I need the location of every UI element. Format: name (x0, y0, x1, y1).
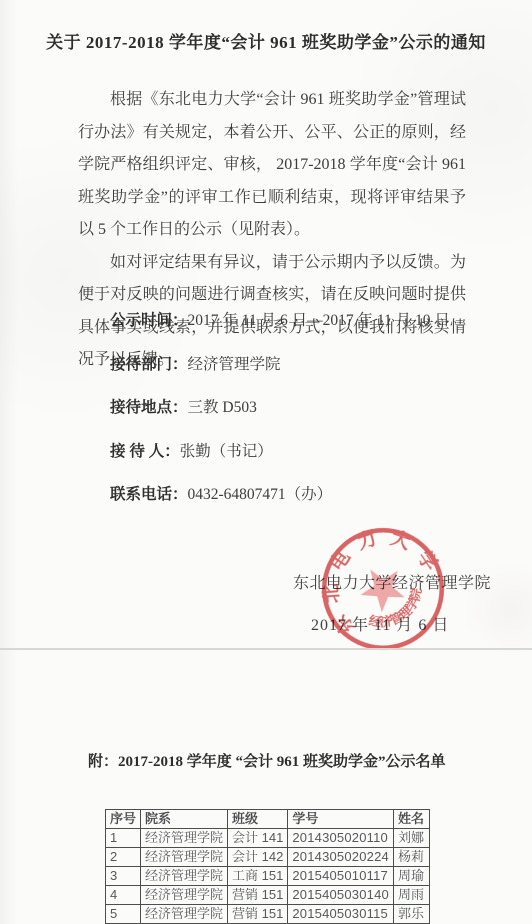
cell-class: 营销 151 (228, 905, 288, 924)
header-department: 院系 (141, 810, 228, 829)
cell-name: 刘娜 (393, 829, 429, 848)
field-label: 接待地点： (110, 399, 188, 416)
field-label: 联系电话： (110, 486, 188, 503)
attachment-title: 附：2017-2018 学年度 “会计 961 班奖助学金”公示名单 (88, 750, 446, 771)
cell-department: 经济管理学院 (141, 848, 228, 867)
cell-department: 经济管理学院 (141, 886, 228, 905)
cell-student-id: 2015405010117 (288, 867, 394, 886)
cell-student-id: 2014305020110 (288, 829, 394, 848)
cell-index: 5 (106, 905, 141, 924)
field-label: 接待部门： (110, 356, 188, 373)
cell-class: 工商 151 (228, 867, 288, 886)
page-separator-line (0, 648, 532, 650)
body-paragraph-1: 根据《东北电力大学“会计 961 班奖助学金”管理试行办法》有关规定，本着公开、… (78, 84, 466, 247)
header-student-id: 学号 (288, 810, 394, 829)
cell-name: 杨莉 (393, 848, 429, 867)
scholarship-roster-table: 序号 院系 班级 学号 姓名 1 经济管理学院 会计 141 201430502… (105, 809, 430, 924)
cell-name: 郭乐 (393, 905, 429, 924)
table-row: 3 经济管理学院 工商 151 2015405010117 周瑜 (106, 867, 430, 886)
field-label: 公示时间： (110, 312, 188, 329)
cell-class: 会计 142 (228, 848, 288, 867)
cell-index: 2 (106, 848, 141, 867)
field-reception-location: 接待地点：三教 D503 (110, 397, 470, 441)
header-index: 序号 (106, 810, 141, 829)
field-value: 三教 D503 (188, 399, 257, 416)
table-header-row: 序号 院系 班级 学号 姓名 (106, 810, 430, 829)
contact-fields: 公示时间：2017 年 11 月 6 日—2017 年 11 月 10 日 接待… (110, 310, 470, 528)
header-class: 班级 (228, 810, 288, 829)
field-reception-department: 接待部门：经济管理学院 (110, 354, 470, 398)
cell-student-id: 2015405030115 (288, 905, 394, 924)
cell-student-id: 2014305020224 (288, 848, 394, 867)
field-value: 2017 年 11 月 6 日—2017 年 11 月 10 日 (188, 312, 450, 329)
cell-index: 3 (106, 867, 141, 886)
field-value: 经济管理学院 (188, 356, 281, 373)
cell-name: 周瑜 (393, 867, 429, 886)
table-row: 5 经济管理学院 营销 151 2015405030115 郭乐 (106, 905, 430, 924)
cell-index: 1 (106, 829, 141, 848)
cell-department: 经济管理学院 (141, 829, 228, 848)
cell-department: 经济管理学院 (141, 905, 228, 924)
field-value: 0432-64807471（办） (188, 486, 333, 503)
notice-title: 关于 2017-2018 学年度“会计 961 班奖助学金”公示的通知 (0, 28, 532, 53)
field-value: 张勤（书记） (180, 443, 273, 460)
table-row: 1 经济管理学院 会计 141 2014305020110 刘娜 (106, 829, 430, 848)
field-label: 接 待 人： (110, 443, 180, 460)
cell-student-id: 2015405030140 (288, 886, 394, 905)
header-name: 姓名 (393, 810, 429, 829)
field-publicity-period: 公示时间：2017 年 11 月 6 日—2017 年 11 月 10 日 (110, 310, 470, 354)
cell-class: 会计 141 (228, 829, 288, 848)
table-row: 4 经济管理学院 营销 151 2015405030140 周雨 (106, 886, 430, 905)
cell-department: 经济管理学院 (141, 867, 228, 886)
table-row: 2 经济管理学院 会计 142 2014305020224 杨莉 (106, 848, 430, 867)
field-receptionist: 接 待 人：张勤（书记） (110, 441, 470, 485)
scanned-notice-page: 关于 2017-2018 学年度“会计 961 班奖助学金”公示的通知 根据《东… (0, 0, 532, 924)
cell-index: 4 (106, 886, 141, 905)
cell-class: 营销 151 (228, 886, 288, 905)
cell-name: 周雨 (393, 886, 429, 905)
